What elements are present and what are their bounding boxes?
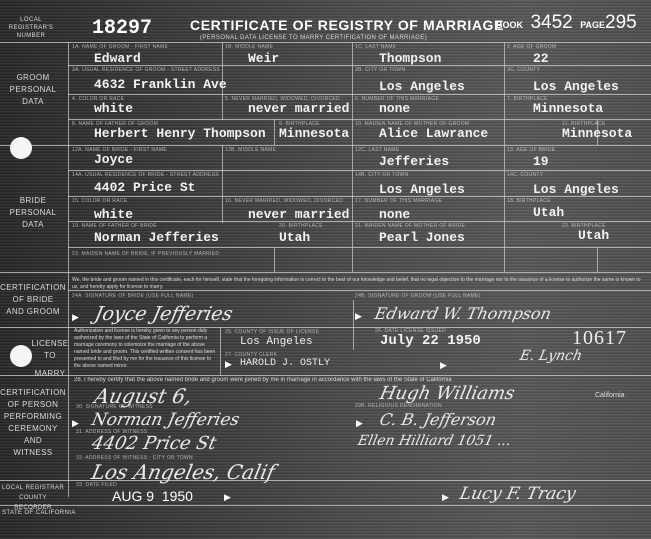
label-line: REGISTRAR'S xyxy=(6,24,56,32)
license-clerk: HAROLD J. OSTLY xyxy=(240,358,330,369)
bride-signature: Joyce Jefferies xyxy=(93,303,235,325)
marriage-certificate: LOCAL REGISTRAR'S NUMBER 18297 CERTIFICA… xyxy=(0,0,651,539)
label-line: MARRY xyxy=(30,368,70,380)
label-line: PERSONAL xyxy=(0,207,66,219)
label-line: OF BRIDE xyxy=(0,294,66,306)
groom-first-name: Edward xyxy=(94,51,141,66)
page-label: PAGE xyxy=(580,20,605,30)
label-line: DATA xyxy=(0,219,66,231)
groom-city-label: 3b. CITY OR TOWN xyxy=(355,67,405,73)
bride-age: 19 xyxy=(533,154,549,169)
book-label: BOOK xyxy=(496,20,523,30)
groom-residence-label: 3a. USUAL RESIDENCE OF GROOM - STREET AD… xyxy=(72,67,220,73)
bride-father-birthplace-label: 20. BIRTHPLACE xyxy=(279,223,323,229)
bride-marital-label: 16. NEVER MARRIED, WIDOWED, DIVORCED xyxy=(225,198,343,204)
punch-hole xyxy=(10,345,32,367)
arrow-marker: ▶ xyxy=(355,311,362,322)
label-line: LOCAL xyxy=(6,16,56,24)
label-line: CEREMONY xyxy=(0,423,66,435)
groom-mother-birthplace: Minnesota xyxy=(562,126,632,141)
registrar-number: 18297 xyxy=(92,17,152,40)
date-filed: AUG 9 1950 xyxy=(112,488,193,504)
label-line: AND xyxy=(0,435,66,447)
label-line: AND GROOM xyxy=(0,306,66,318)
state-label: STATE OF CALIFORNIA xyxy=(2,507,76,519)
cert-person-label: CERTIFICATION OF PERSON PERFORMING CEREM… xyxy=(0,387,66,459)
arrow-marker: ▶ xyxy=(72,312,79,323)
bride-age-label: 13. AGE OF BRIDE xyxy=(507,147,555,153)
page-number: 295 xyxy=(605,12,637,33)
groom-residence: 4632 Franklin Ave xyxy=(94,77,227,92)
groom-last-name-label: 1c. LAST NAME xyxy=(355,44,396,50)
groom-prior: none xyxy=(379,101,410,116)
license-date: July 22 1950 xyxy=(380,333,481,349)
officiant-title: C. B. Jefferson xyxy=(378,410,498,429)
groom-color: white xyxy=(94,101,133,116)
witness-signature: Norman Jefferies xyxy=(90,410,241,430)
officiant-title-label: 29b. RELIGIOUS DENOMINATION xyxy=(355,403,442,409)
bride-father-label: 19. NAME OF FATHER OF BRIDE xyxy=(72,223,157,229)
arrow-marker: ▶ xyxy=(224,492,231,503)
label-line: CERTIFICATION xyxy=(0,387,66,399)
bride-mother-birthplace: Utah xyxy=(578,228,609,243)
groom-city: Los Angeles xyxy=(379,79,465,94)
groom-section-label: GROOM PERSONAL DATA xyxy=(0,72,66,108)
bride-birthplace-label: 18. BIRTHPLACE xyxy=(507,198,551,204)
groom-father: Herbert Henry Thompson xyxy=(94,126,266,141)
bride-father: Norman Jefferies xyxy=(94,230,219,245)
label-line: CERTIFICATION xyxy=(0,282,66,294)
label-line: GROOM xyxy=(0,72,66,84)
groom-county: Los Angeles xyxy=(533,79,619,94)
arrow-marker: ▶ xyxy=(72,418,79,429)
bride-county: Los Angeles xyxy=(533,182,619,197)
bride-section-label: BRIDE PERSONAL DATA xyxy=(0,195,66,231)
groom-marital: never married xyxy=(248,101,349,116)
witness-address: 4402 Price St xyxy=(90,433,218,454)
bride-county-label: 14c. COUNTY xyxy=(507,172,543,178)
license-county-label: 25. COUNTY OF ISSUE OF LICENSE xyxy=(225,329,319,335)
bride-birthplace: Utah xyxy=(533,205,564,220)
bride-color-label: 15. COLOR OR RACE xyxy=(72,198,127,204)
bride-signature-label: 24a. SIGNATURE OF BRIDE (USE FULL NAME) xyxy=(72,293,193,299)
book-page: BOOK 3452 PAGE295 xyxy=(496,12,637,34)
bride-prior: none xyxy=(379,207,410,222)
applicant-statement: We, the bride and groom named in this ce… xyxy=(72,277,647,291)
label-line: PERFORMING xyxy=(0,411,66,423)
officiant-address: Ellen Hilliard 1051 ... xyxy=(356,433,512,449)
date-filed-label: 33. DATE FILED xyxy=(76,482,117,488)
label-line: DATA xyxy=(0,96,66,108)
certificate-subtitle: (PERSONAL DATA LICENSE TO MARRY CERTIFIC… xyxy=(200,35,427,41)
groom-age-label: 2. AGE OF GROOM xyxy=(507,44,557,50)
arrow-marker: ▶ xyxy=(442,492,449,503)
groom-signature: Edward W. Thompson xyxy=(373,304,553,323)
groom-middle-name-label: 1b. MIDDLE NAME xyxy=(225,44,273,50)
label-line: OF PERSON xyxy=(0,399,66,411)
license-authority-text: Authorization and license is hereby give… xyxy=(74,328,218,372)
bride-father-birthplace: Utah xyxy=(279,230,310,245)
groom-age: 22 xyxy=(533,51,549,66)
bride-maiden-label: 23. MAIDEN NAME OF BRIDE, IF PREVIOUSLY … xyxy=(72,251,219,257)
license-label: LICENSE TO MARRY xyxy=(30,338,70,380)
bride-residence: 4402 Price St xyxy=(94,180,195,195)
arrow-marker: ▶ xyxy=(225,359,232,370)
label-line: WITNESS xyxy=(0,447,66,459)
bride-city: Los Angeles xyxy=(379,182,465,197)
license-county: Los Angeles xyxy=(240,336,313,348)
label-line: BRIDE xyxy=(0,195,66,207)
bride-last-name: Jefferies xyxy=(379,154,449,169)
groom-signature-label: 24b. SIGNATURE OF GROOM (USE FULL NAME) xyxy=(355,293,481,299)
arrow-marker: ▶ xyxy=(356,418,363,429)
arrow-marker: ▶ xyxy=(440,360,447,371)
bride-mother-label: 21. MAIDEN NAME OF MOTHER OF BRIDE xyxy=(355,223,465,229)
bride-mother: Pearl Jones xyxy=(379,230,465,245)
bride-middle-name-label: 12b. MIDDLE NAME xyxy=(225,147,276,153)
groom-father-birthplace: Minnesota xyxy=(279,126,349,141)
label-line: NUMBER xyxy=(6,32,56,40)
registrar-number-label: LOCAL REGISTRAR'S NUMBER xyxy=(6,16,56,40)
bride-city-label: 14b. CITY OR TOWN xyxy=(355,172,408,178)
bride-marital: never married xyxy=(248,207,349,222)
certificate-title: CERTIFICATE OF REGISTRY OF MARRIAGE xyxy=(190,17,504,33)
groom-mother: Alice Lawrance xyxy=(379,126,488,141)
label-line: LOCAL REGISTRAR xyxy=(0,483,66,493)
label-line: LICENSE TO xyxy=(30,338,70,362)
witness-city: Los Angeles, Calif xyxy=(89,460,277,484)
bride-color: white xyxy=(94,207,133,222)
cert-bride-groom-label: CERTIFICATION OF BRIDE AND GROOM xyxy=(0,282,66,318)
book-number: 3452 xyxy=(530,12,572,33)
groom-last-name: Thompson xyxy=(379,51,441,66)
registrar-signature: Lucy F. Tracy xyxy=(458,484,578,504)
bride-first-name: Joyce xyxy=(94,152,133,167)
groom-middle-name: Weir xyxy=(248,51,279,66)
groom-birthplace: Minnesota xyxy=(533,101,603,116)
label-line: PERSONAL xyxy=(0,84,66,96)
ceremony-statement: 28. I hereby certify that the above name… xyxy=(74,377,644,384)
ceremony-state: California xyxy=(595,392,625,399)
bride-prior-label: 17. NUMBER OF THIS MARRIAGE xyxy=(355,198,442,204)
license-number: 10617 xyxy=(572,327,627,350)
officiant-signature: Hugh Williams xyxy=(378,383,517,404)
deputy-signature: E. Lynch xyxy=(518,348,583,364)
groom-first-name-label: 1a. NAME OF GROOM - FIRST NAME xyxy=(72,44,168,50)
punch-hole xyxy=(10,137,32,159)
bride-residence-label: 14a. USUAL RESIDENCE OF BRIDE - STREET A… xyxy=(72,172,219,178)
bride-last-name-label: 12c. LAST NAME xyxy=(355,147,399,153)
groom-county-label: 3c. COUNTY xyxy=(507,67,540,73)
